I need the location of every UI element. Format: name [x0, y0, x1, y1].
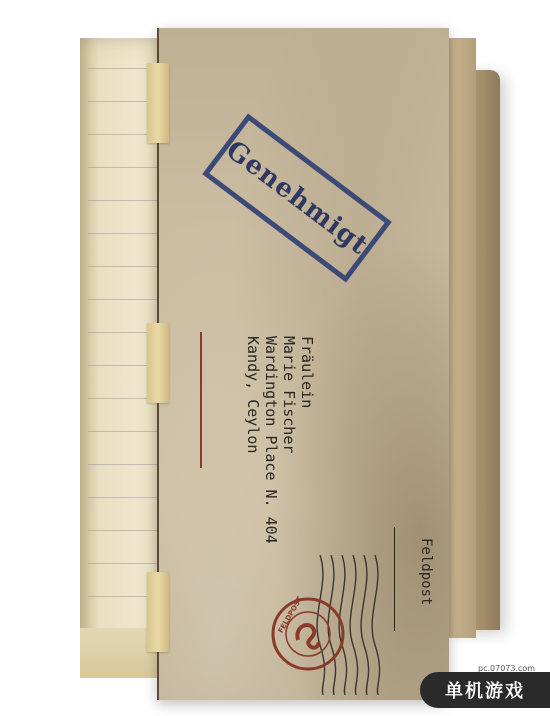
tape-top — [147, 63, 169, 143]
address-line: Kandy, Ceylon — [244, 336, 262, 576]
address-line: Wardington Place N. 404 — [262, 336, 280, 576]
feldpost-postmark: FELDPOST — [270, 596, 346, 672]
tape-bottom — [147, 572, 169, 652]
tape-middle — [147, 323, 169, 403]
address-line: Marie Fischer — [280, 336, 298, 576]
watermark-text: 单机游戏 — [445, 677, 525, 703]
site-watermark: 单机游戏 — [420, 672, 550, 708]
feldpost-underline — [394, 527, 395, 631]
feldpost-label: Feldpost — [418, 538, 434, 618]
recipient-address: Fräulein Marie Fischer Wardington Place … — [244, 336, 316, 576]
red-pencil-mark — [200, 332, 202, 468]
address-line: Fräulein — [298, 336, 316, 576]
